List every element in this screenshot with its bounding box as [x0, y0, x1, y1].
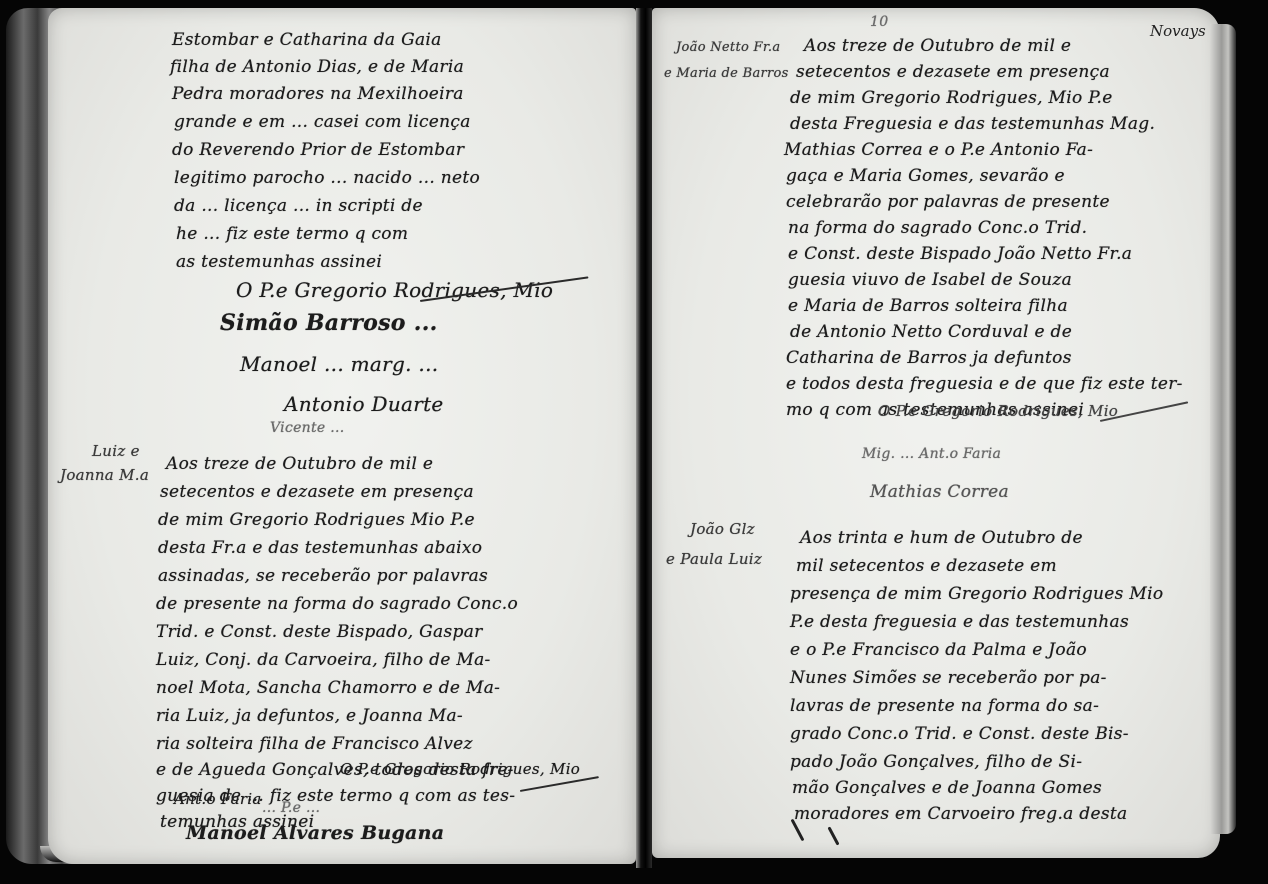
text-line: Trid. e Const. deste Bispado, Gaspar — [156, 622, 483, 642]
text-line: Luiz, Conj. da Carvoeira, filho de Ma- — [156, 650, 491, 670]
text-line: e todos desta freguesia e de que fiz est… — [786, 374, 1183, 394]
text-line: da ... licença ... in scripti de — [174, 196, 423, 216]
text-line: guesia viuvo de Isabel de Souza — [788, 270, 1072, 290]
text-line: Nunes Simões se receberão por pa- — [790, 668, 1107, 688]
text-line: Aos treze de Outubro de mil e — [166, 454, 433, 474]
text-line: legitimo parocho ... nacido ... neto — [174, 168, 480, 188]
text-line: Pedra moradores na Mexilhoeira — [172, 84, 464, 104]
margin-name: João Netto Fr.a — [676, 40, 780, 55]
page-number-mark: 10 — [870, 14, 888, 30]
text-line: de mim Gregorio Rodrigues Mio P.e — [158, 510, 475, 530]
signature: Mathias Correa — [870, 482, 1009, 502]
text-line: de presente na forma do sagrado Conc.o — [156, 594, 518, 614]
text-line: noel Mota, Sancha Chamorro e de Ma- — [156, 678, 500, 698]
folio-mark: Novays — [1150, 22, 1206, 40]
signature: Manoel ... marg. ... — [240, 352, 438, 376]
text-line: ria Luiz, ja defuntos, e Joanna Ma- — [156, 706, 463, 726]
margin-name: e Paula Luiz — [666, 550, 762, 568]
book-gutter — [636, 8, 652, 868]
margin-name: e Maria de Barros — [664, 66, 789, 81]
text-line: Estombar e Catharina da Gaia — [172, 30, 442, 50]
text-line: assinadas, se receberão por palavras — [158, 566, 488, 586]
text-line: filha de Antonio Dias, e de Maria — [170, 57, 464, 77]
text-line: de mim Gregorio Rodrigues, Mio P.e — [790, 88, 1113, 108]
text-line: Aos trinta e hum de Outubro de — [800, 528, 1083, 548]
signature: Vicente ... — [270, 420, 345, 436]
text-line: na forma do sagrado Conc.o Trid. — [788, 218, 1087, 238]
text-line: grado Conc.o Trid. e Const. deste Bis- — [790, 724, 1129, 744]
text-line: pado João Gonçalves, filho de Si- — [790, 752, 1082, 772]
text-line: Mathias Correa e o P.e Antonio Fa- — [784, 140, 1093, 160]
signature: Manoel Alvares Bugana — [186, 822, 444, 844]
signature: O P.e Gregorio Rodrigues, Mio — [878, 402, 1118, 420]
text-line: moradores em Carvoeiro freg.a desta — [794, 804, 1127, 824]
text-line: grande e em ... casei com licença — [174, 112, 471, 132]
text-line: e Maria de Barros solteira filha — [788, 296, 1068, 316]
text-line: he ... fiz este termo q com — [176, 224, 408, 244]
text-line: setecentos e dezasete em presença — [796, 62, 1110, 82]
text-line: desta Fr.a e das testemunhas abaixo — [158, 538, 482, 558]
signature: Ant.o Faria — [174, 790, 262, 808]
text-line: Aos treze de Outubro de mil e — [804, 36, 1071, 56]
signature: Antonio Duarte — [284, 392, 444, 416]
signature: Simão Barroso ... — [220, 310, 438, 336]
text-line: setecentos e dezasete em presença — [160, 482, 474, 502]
margin-name: João Glz — [690, 520, 755, 538]
signature: Mig. ... Ant.o Faria — [862, 446, 1001, 462]
text-line: Catharina de Barros ja defuntos — [786, 348, 1072, 368]
signature: ... P.e ... — [262, 800, 320, 816]
text-line: mão Gonçalves e de Joanna Gomes — [792, 778, 1102, 798]
text-line: do Reverendo Prior de Estombar — [172, 140, 464, 160]
text-line: e Const. deste Bispado João Netto Fr.a — [788, 244, 1132, 264]
text-line: desta Freguesia e das testemunhas Mag. — [790, 114, 1155, 134]
text-line: e o P.e Francisco da Palma e João — [790, 640, 1087, 660]
text-line: lavras de presente na forma do sa- — [790, 696, 1099, 716]
margin-name: Luiz e — [92, 442, 140, 460]
text-line: celebrarão por palavras de presente — [786, 192, 1110, 212]
text-line: mil setecentos e dezasete em — [796, 556, 1057, 576]
book-page-edges-right — [1210, 24, 1236, 834]
text-line: presença de mim Gregorio Rodrigues Mio — [790, 584, 1163, 604]
text-line: ria solteira filha de Francisco Alvez — [156, 734, 473, 754]
text-line: as testemunhas assinei — [176, 252, 382, 272]
text-line: de Antonio Netto Corduval e de — [790, 322, 1072, 342]
text-line: P.e desta freguesia e das testemunhas — [790, 612, 1129, 632]
signature: O P.e Gregorio Rodrigues, Mio — [236, 278, 553, 302]
signature: O P.e Gregorio Rodrigues, Mio — [340, 760, 580, 778]
text-line: gaça e Maria Gomes, sevarão e — [786, 166, 1065, 186]
open-register-book: Estombar e Catharina da Gaia filha de An… — [0, 0, 1268, 884]
margin-name: Joanna M.a — [60, 466, 149, 484]
